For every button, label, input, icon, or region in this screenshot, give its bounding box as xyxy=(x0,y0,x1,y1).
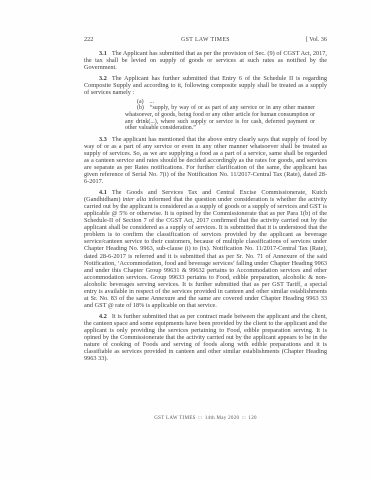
quote-item-label: (b) xyxy=(137,105,144,111)
document-page: 222 GST LAW TIMES [ Vol. 36 3.1The Appli… xyxy=(0,0,370,480)
paragraph-3-2: 3.2The Applicant has further submitted t… xyxy=(84,75,327,96)
header-page-number: 222 xyxy=(84,36,165,43)
quote-item-label: (a) xyxy=(137,99,144,105)
paragraph-text: The Applicant has submitted that as per … xyxy=(84,50,327,71)
quote-item-text: “supply, by way of or as part of any ser… xyxy=(125,105,315,131)
paragraph-3-3: 3.3The applicant has mentioned that the … xyxy=(84,136,327,186)
paragraph-number: 4.1 xyxy=(99,189,107,196)
text-block: 222 GST LAW TIMES [ Vol. 36 3.1The Appli… xyxy=(84,36,327,362)
page-footer: GST LAW TIMES□14th May 2020□120 xyxy=(84,415,327,421)
header-journal-title: GST LAW TIMES xyxy=(165,37,246,44)
page-header: 222 GST LAW TIMES [ Vol. 36 xyxy=(84,36,327,44)
paragraph-3-1: 3.1The Applicant has submitted that as p… xyxy=(84,50,327,71)
footer-date: 14th May 2020 xyxy=(205,416,239,421)
header-volume-label: [ Vol. 36 xyxy=(246,36,327,43)
quote-item-text: ... xyxy=(150,99,154,105)
paragraph-number: 3.3 xyxy=(99,136,107,143)
footer-journal-title: GST LAW TIMES xyxy=(154,416,196,421)
quoted-sub-items: (a)... (b)“supply, by way of or as part … xyxy=(125,99,315,133)
quote-item-b: (b)“supply, by way of or as part of any … xyxy=(125,105,315,132)
paragraph-4-2: 4.2It is further submitted that as per c… xyxy=(84,313,327,363)
paragraph-number: 3.1 xyxy=(99,50,107,57)
paragraph-text: informed that the question under conside… xyxy=(84,196,327,309)
square-bullet-icon: □ xyxy=(242,415,245,420)
square-bullet-icon: □ xyxy=(199,415,202,420)
paragraph-number: 3.2 xyxy=(99,75,107,82)
paragraph-number: 4.2 xyxy=(99,313,107,320)
paragraph-text: The Applicant has further submitted that… xyxy=(84,75,327,96)
paragraph-text: It is further submitted that as per cont… xyxy=(84,313,327,363)
paragraph-text: The applicant has mentioned that the abo… xyxy=(84,136,327,186)
footer-page-number: 120 xyxy=(248,416,256,421)
paragraph-4-1: 4.1The Goods and Services Tax and Centra… xyxy=(84,189,327,310)
latin-phrase: inter alia xyxy=(123,196,147,203)
